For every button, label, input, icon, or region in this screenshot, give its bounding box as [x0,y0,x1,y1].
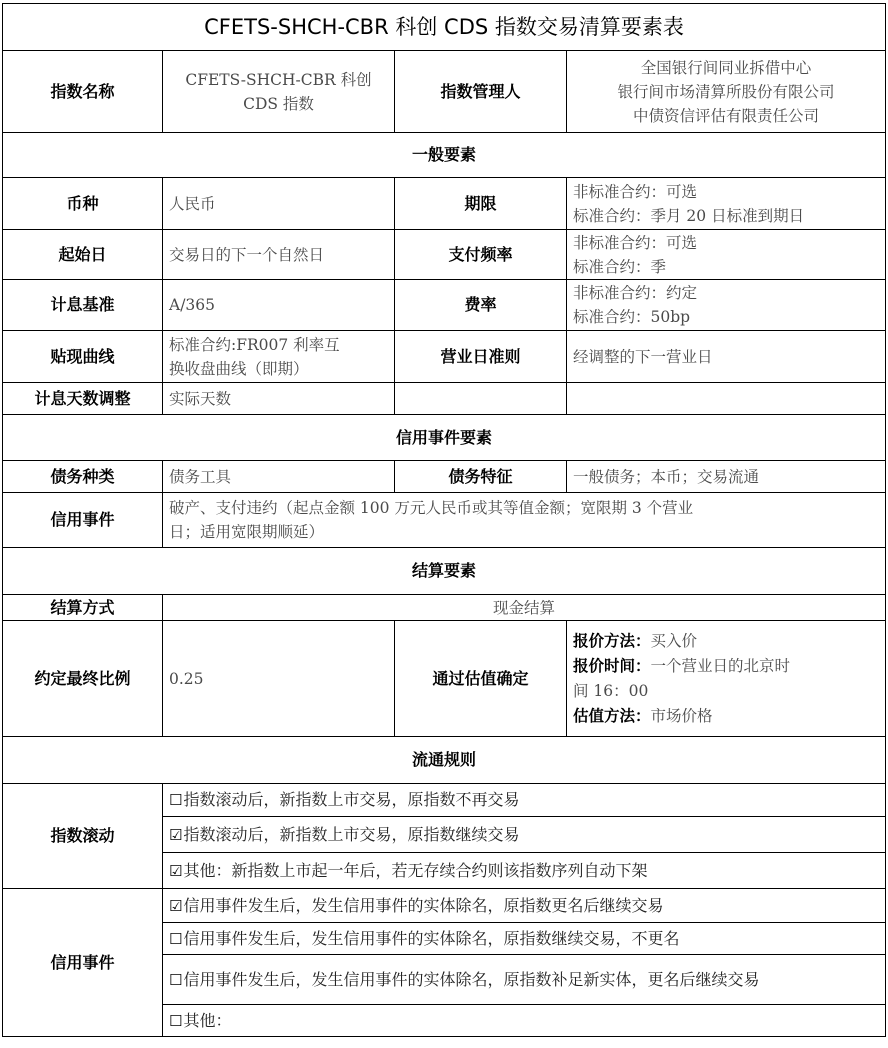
quote-time-label: 报价时间： [573,657,651,675]
start-date-label: 起始日 [3,230,163,280]
section-settlement: 结算要素 [3,548,886,595]
credit-event-line: 破产、支付违约（起点金额 100 万元人民币或其等值金额；宽限期 3 个营业 [169,496,879,520]
credit-event-rule-label: 信用事件 [3,889,163,1037]
checkbox-unchecked-icon[interactable]: ☐ [169,971,182,989]
credit-event-label: 信用事件 [3,493,163,548]
discount-curve-line: 换收盘曲线（即期） [169,357,388,381]
tenor-line: 标准合约：季月 20 日标准到期日 [573,204,879,228]
credit-event-option[interactable]: ☐信用事件发生后，发生信用事件的实体除名，原指数补足新实体，更名后继续交易 [163,955,886,1005]
credit-event-option[interactable]: ☐信用事件发生后，发生信用事件的实体除名，原指数继续交易，不更名 [163,923,886,955]
tenor-label: 期限 [395,178,567,230]
checkbox-unchecked-icon[interactable]: ☐ [169,791,182,809]
credit-event-option[interactable]: ☐其他： [163,1005,886,1037]
accrual-days-adjustment-value: 实际天数 [163,383,395,415]
index-roll-option[interactable]: ☐指数滚动后，新指数上市交易，原指数不再交易 [163,784,886,817]
index-name-line: CDS 指数 [169,92,388,116]
checkbox-checked-icon[interactable]: ☑ [169,826,182,844]
quote-time-line: 报价时间：一个营业日的北京时 [573,654,879,679]
discount-curve-value: 标准合约:FR007 利率互 换收盘曲线（即期） [163,331,395,383]
section-credit-event-elements: 信用事件要素 [3,415,886,461]
payment-frequency-value: 非标准合约：可选 标准合约：季 [567,230,886,280]
debt-feature-label: 债务特征 [395,461,567,493]
credit-event-value: 破产、支付违约（起点金额 100 万元人民币或其等值金额；宽限期 3 个营业 日… [163,493,886,548]
credit-event-option[interactable]: ☑信用事件发生后，发生信用事件的实体除名，原指数更名后继续交易 [163,889,886,923]
settlement-method-value: 现金结算 [163,595,886,621]
section-circulation-rules: 流通规则 [3,737,886,784]
checkbox-checked-icon[interactable]: ☑ [169,862,182,880]
index-roll-option[interactable]: ☑其他：新指数上市起一年后，若无存续合约则该指数序列自动下架 [163,853,886,889]
quote-method-label: 报价方法： [573,632,651,650]
tenor-line: 非标准合约：可选 [573,180,879,204]
fee-rate-line: 非标准合约：约定 [573,281,879,305]
valuation-label: 通过估值确定 [395,621,567,737]
valuation-method-label: 估值方法： [573,707,651,725]
frequency-line: 标准合约：季 [573,255,879,279]
day-count-label: 计息基准 [3,280,163,331]
day-count-value: A/365 [163,280,395,331]
valuation-method-value: 市场价格 [651,707,713,725]
valuation-details: 报价方法：买入价 报价时间：一个营业日的北京时 间 16：00 估值方法：市场价… [567,621,886,737]
index-manager-label: 指数管理人 [395,51,567,133]
accrual-days-adjustment-label: 计息天数调整 [3,383,163,415]
debt-type-label: 债务种类 [3,461,163,493]
discount-curve-label: 贴现曲线 [3,331,163,383]
index-name-value: CFETS-SHCH-CBR 科创 CDS 指数 [163,51,395,133]
index-roll-option[interactable]: ☑指数滚动后，新指数上市交易，原指数继续交易 [163,817,886,853]
option-text: 信用事件发生后，发生信用事件的实体除名，原指数补足新实体，更名后继续交易 [183,970,759,989]
document-title: CFETS-SHCH-CBR 科创 CDS 指数交易清算要素表 [3,4,886,51]
final-ratio-value: 0.25 [163,621,395,737]
manager-line: 全国银行间同业拆借中心 [573,56,879,80]
quote-method-value: 买入价 [651,632,698,650]
index-name-label: 指数名称 [3,51,163,133]
option-text: 信用事件发生后，发生信用事件的实体除名，原指数更名后继续交易 [183,896,663,915]
cds-index-elements-table: CFETS-SHCH-CBR 科创 CDS 指数交易清算要素表 指数名称 CFE… [2,3,886,1037]
business-day-convention-value: 经调整的下一营业日 [567,331,886,383]
final-ratio-label: 约定最终比例 [3,621,163,737]
business-day-convention-label: 营业日准则 [395,331,567,383]
empty-cell [567,383,886,415]
index-manager-value: 全国银行间同业拆借中心 银行间市场清算所股份有限公司 中债资信评估有限责任公司 [567,51,886,133]
option-text: 信用事件发生后，发生信用事件的实体除名，原指数继续交易，不更名 [183,929,679,948]
payment-frequency-label: 支付频率 [395,230,567,280]
checkbox-unchecked-icon[interactable]: ☐ [169,1012,182,1030]
option-text: 指数滚动后，新指数上市交易，原指数继续交易 [183,825,519,844]
fee-rate-line: 标准合约：50bp [573,305,879,329]
manager-line: 中债资信评估有限责任公司 [573,104,879,128]
start-date-value: 交易日的下一个自然日 [163,230,395,280]
debt-type-value: 债务工具 [163,461,395,493]
option-text: 其他：新指数上市起一年后，若无存续合约则该指数序列自动下架 [183,861,647,880]
currency-value: 人民币 [163,178,395,230]
index-roll-label: 指数滚动 [3,784,163,889]
index-name-line: CFETS-SHCH-CBR 科创 [169,68,388,92]
checkbox-checked-icon[interactable]: ☑ [169,897,182,915]
fee-rate-value: 非标准合约：约定 标准合约：50bp [567,280,886,331]
tenor-value: 非标准合约：可选 标准合约：季月 20 日标准到期日 [567,178,886,230]
option-text: 指数滚动后，新指数上市交易，原指数不再交易 [183,790,519,809]
quote-method-line: 报价方法：买入价 [573,629,879,654]
fee-rate-label: 费率 [395,280,567,331]
debt-feature-value: 一般债务；本币；交易流通 [567,461,886,493]
section-general: 一般要素 [3,133,886,178]
credit-event-line: 日；适用宽限期顺延） [169,520,879,544]
option-text: 其他： [183,1011,231,1030]
quote-time-value-cont: 间 16：00 [573,679,879,704]
valuation-method-line: 估值方法：市场价格 [573,704,879,729]
settlement-method-label: 结算方式 [3,595,163,621]
frequency-line: 非标准合约：可选 [573,231,879,255]
checkbox-unchecked-icon[interactable]: ☐ [169,930,182,948]
quote-time-value: 一个营业日的北京时 [651,657,791,675]
discount-curve-line: 标准合约:FR007 利率互 [169,333,388,357]
manager-line: 银行间市场清算所股份有限公司 [573,80,879,104]
currency-label: 币种 [3,178,163,230]
empty-cell [395,383,567,415]
